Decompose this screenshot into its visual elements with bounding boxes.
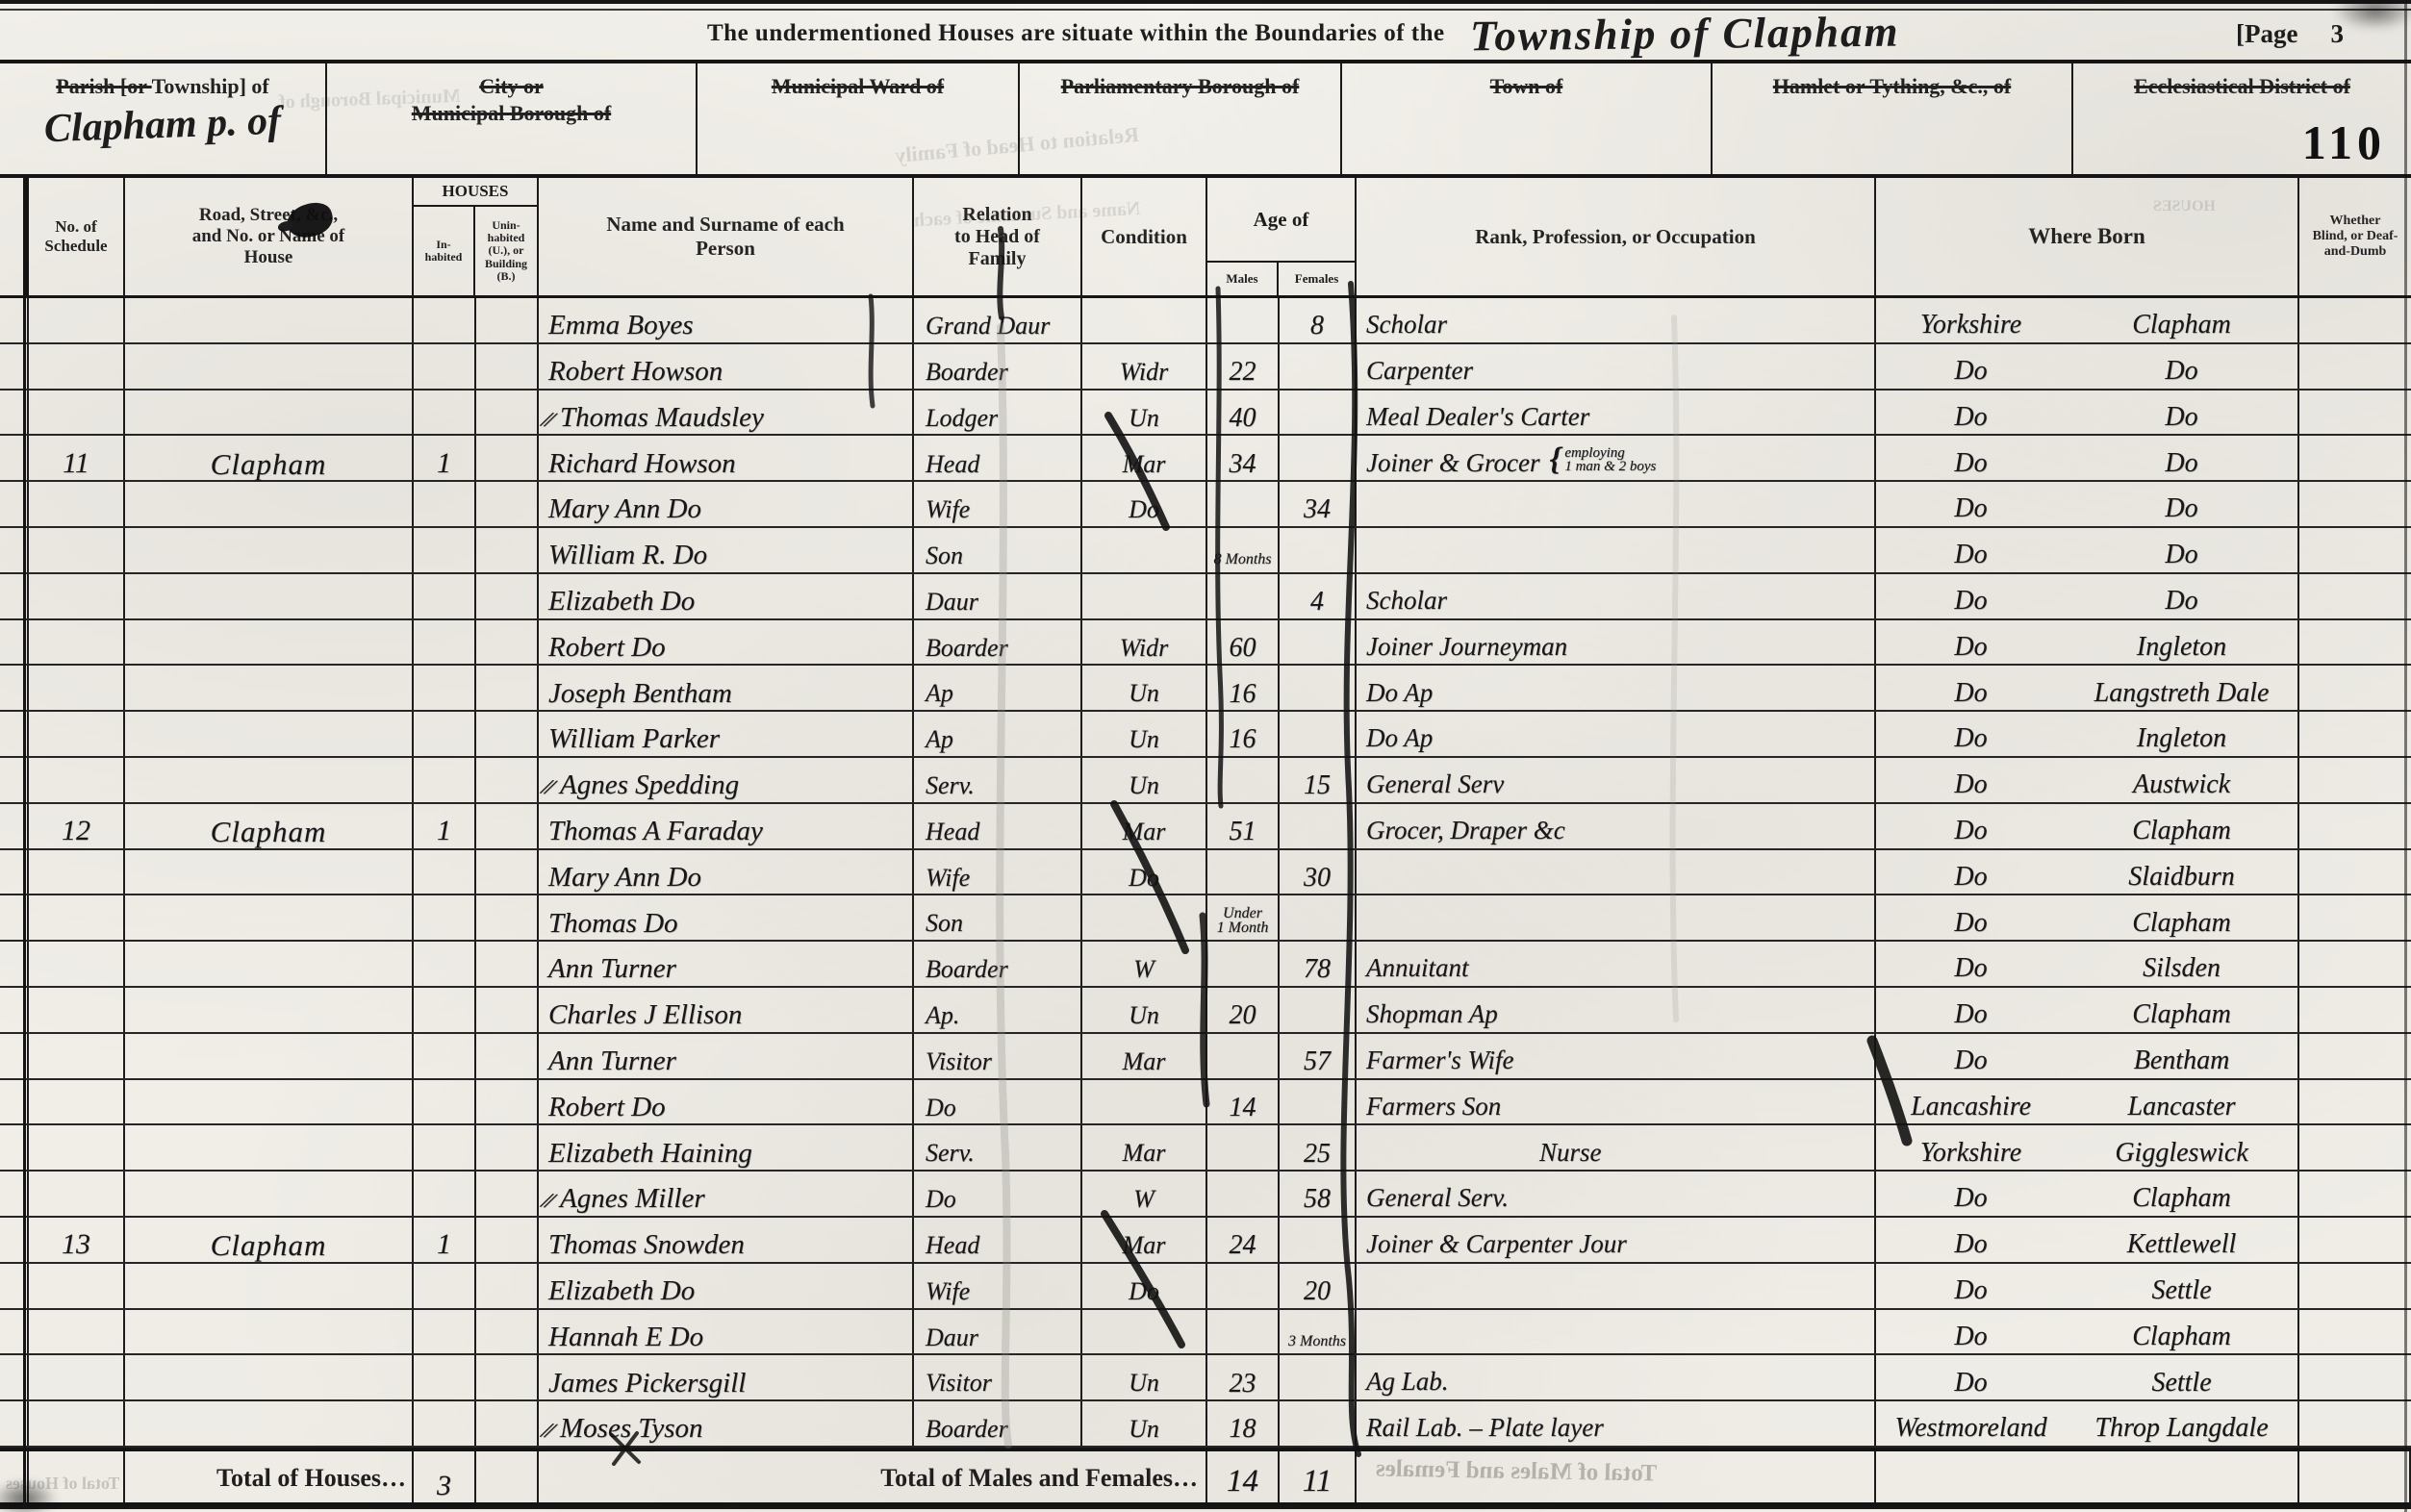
where-born-cell: DoClapham — [1876, 804, 2299, 848]
age-females-cell: 58 — [1280, 1172, 1357, 1216]
age-males-cell — [1207, 298, 1280, 342]
name-cell: ∕∕Thomas Maudsley — [539, 391, 914, 435]
census-row: Ann TurnerVisitorMar57Farmer's WifeDoBen… — [0, 1034, 2411, 1080]
blind-cell — [2299, 298, 2411, 342]
house-cell — [125, 1401, 414, 1446]
census-row: Robert HowsonBoarderWidr22CarpenterDoDo — [0, 344, 2411, 391]
blind-cell — [2299, 528, 2411, 572]
uninhabited-cell — [476, 1310, 539, 1354]
census-row: Elizabeth DoWifeDo20DoSettle — [0, 1264, 2411, 1310]
census-rows: Emma BoyesGrand Daur8ScholarYorkshireCla… — [0, 298, 2411, 1448]
census-row: William R. DoSon8 MonthsDoDo — [0, 528, 2411, 574]
schedule-cell — [29, 1080, 125, 1124]
relation-cell: Boarder — [914, 942, 1082, 986]
census-row: Elizabeth DoDaur4ScholarDoDo — [0, 574, 2411, 620]
district-label: City or — [327, 73, 696, 100]
inhabited-cell — [414, 1310, 476, 1354]
relation-cell: Serv. — [914, 758, 1082, 802]
piece-number-stamp: 110 — [2302, 114, 2386, 170]
age-females-cell: 25 — [1280, 1125, 1357, 1170]
schedule-cell: 12 — [29, 804, 125, 848]
uninhabited-cell — [476, 482, 539, 526]
blind-cell — [2299, 804, 2411, 848]
house-cell — [125, 1172, 414, 1216]
inhabited-cell — [414, 298, 476, 342]
district-label: Parliamentary Borough of — [1020, 73, 1340, 100]
census-row: Thomas DoSonUnder 1 MonthDoClapham — [0, 895, 2411, 942]
header-houses-group: HOUSES In- habited Unin- habited (U.), o… — [414, 178, 539, 295]
condition-cell: Un — [1082, 391, 1207, 435]
condition-cell: Mar — [1082, 1034, 1207, 1078]
age-males-cell: Under 1 Month — [1207, 895, 1280, 940]
occupation-note: employing 1 man & 2 boys — [1564, 446, 1656, 476]
name-cell: Elizabeth Haining — [539, 1125, 914, 1170]
name-cell: Richard Howson — [539, 436, 914, 480]
occupation-cell: Farmers Son — [1357, 1080, 1876, 1124]
where-born-cell: DoClapham — [1876, 988, 2299, 1032]
age-males-cell: 22 — [1207, 344, 1280, 389]
relation-cell: Grand Daur — [914, 298, 1082, 342]
schedule-cell — [29, 298, 125, 342]
census-row: ∕∕Thomas MaudsleyLodgerUn40Meal Dealer's… — [0, 391, 2411, 437]
age-males-cell: 24 — [1207, 1218, 1280, 1262]
condition-cell — [1082, 574, 1207, 618]
occupation-cell: Joiner & Grocer{employing 1 man & 2 boys — [1357, 436, 1876, 480]
condition-cell: Widr — [1082, 344, 1207, 389]
age-females-cell — [1280, 620, 1357, 665]
age-males-cell: 60 — [1207, 620, 1280, 665]
where-born-cell: DoDo — [1876, 436, 2299, 480]
age-males-cell: 23 — [1207, 1355, 1280, 1399]
occupation-cell: Meal Dealer's Carter — [1357, 391, 1876, 435]
census-row: ∕∕Agnes MillerDoW58General Serv.DoClapha… — [0, 1172, 2411, 1218]
blind-cell — [2299, 391, 2411, 435]
age-males-cell — [1207, 1034, 1280, 1078]
blind-cell — [2299, 482, 2411, 526]
inhabited-cell — [414, 574, 476, 618]
page-label-text: [Page — [2236, 19, 2297, 49]
age-females-cell — [1280, 1401, 1357, 1446]
name-cell: Robert Do — [539, 620, 914, 665]
header-where-born: Where Born — [1876, 178, 2299, 295]
uninhabited-cell — [476, 758, 539, 802]
inhabited-cell: 1 — [414, 804, 476, 848]
uninhabited-cell — [476, 1080, 539, 1124]
where-born-cell: DoDo — [1876, 391, 2299, 435]
where-born-cell: DoDo — [1876, 528, 2299, 572]
age-females-cell: 4 — [1280, 574, 1357, 618]
inhabited-cell — [414, 895, 476, 940]
house-cell: Clapham — [125, 1218, 414, 1262]
age-males-cell: 40 — [1207, 391, 1280, 435]
blind-cell — [2299, 1264, 2411, 1308]
house-cell — [125, 666, 414, 710]
total-houses-label: Total of Houses… — [125, 1451, 414, 1502]
blind-cell — [2299, 1034, 2411, 1078]
schedule-cell — [29, 574, 125, 618]
where-born-cell: DoKettlewell — [1876, 1218, 2299, 1262]
age-females-cell: 20 — [1280, 1264, 1357, 1308]
name-cell: ∕∕Moses Tyson — [539, 1401, 914, 1446]
name-cell: William Parker — [539, 712, 914, 756]
schedule-cell — [29, 942, 125, 986]
where-born-cell: WestmorelandThrop Langdale — [1876, 1401, 2299, 1446]
name-cell: Charles J Ellison — [539, 988, 914, 1032]
house-cell — [125, 1310, 414, 1354]
schedule-cell — [29, 712, 125, 756]
house-cell — [125, 988, 414, 1032]
where-born-cell: DoSilsden — [1876, 942, 2299, 986]
inhabited-cell — [414, 1264, 476, 1308]
relation-cell: Wife — [914, 850, 1082, 895]
where-born-cell: DoIngleton — [1876, 620, 2299, 665]
occupation-cell: Joiner Journeyman — [1357, 620, 1876, 665]
blind-cell — [2299, 758, 2411, 802]
age-males-cell — [1207, 942, 1280, 986]
condition-cell: Do — [1082, 482, 1207, 526]
schedule-cell — [29, 758, 125, 802]
census-row: 13Clapham1Thomas SnowdenHeadMar24Joiner … — [0, 1218, 2411, 1264]
relation-cell: Boarder — [914, 344, 1082, 389]
bottom-rule — [0, 1506, 2411, 1509]
age-males-cell: 51 — [1207, 804, 1280, 848]
condition-cell: W — [1082, 942, 1207, 986]
age-females-cell — [1280, 1080, 1357, 1124]
where-born-cell: DoClapham — [1876, 1310, 2299, 1354]
occupation-cell — [1357, 528, 1876, 572]
inhabited-cell — [414, 1125, 476, 1170]
condition-cell: Un — [1082, 1355, 1207, 1399]
condition-cell: Un — [1082, 666, 1207, 710]
blind-cell — [2299, 666, 2411, 710]
district-cell-0: Parish [or Township] ofClapham p. of — [0, 63, 327, 174]
uninhabited-cell — [476, 804, 539, 848]
blind-cell — [2299, 574, 2411, 618]
totals-uninhabited-cell — [476, 1451, 539, 1502]
right-edge-rule — [2404, 0, 2407, 1512]
census-row: Elizabeth HainingServ.Mar25NurseYorkshir… — [0, 1125, 2411, 1172]
blind-cell — [2299, 1218, 2411, 1262]
relation-cell: Head — [914, 804, 1082, 848]
age-males-cell — [1207, 1125, 1280, 1170]
header-road-street: Road, Street, &c., and No. or Name of Ho… — [125, 178, 414, 295]
age-females-cell — [1280, 436, 1357, 480]
where-born-cell: DoClapham — [1876, 1172, 2299, 1216]
condition-cell — [1082, 298, 1207, 342]
where-born-cell: DoClapham — [1876, 895, 2299, 940]
inhabited-cell — [414, 1172, 476, 1216]
condition-cell — [1082, 1080, 1207, 1124]
where-born-cell: DoSettle — [1876, 1355, 2299, 1399]
census-row: James PickersgillVisitorUn23Ag Lab.DoSet… — [0, 1355, 2411, 1401]
uninhabited-cell — [476, 712, 539, 756]
uninhabited-cell — [476, 850, 539, 895]
uninhabited-cell — [476, 436, 539, 480]
house-cell — [125, 1355, 414, 1399]
where-born-cell: DoAustwick — [1876, 758, 2299, 802]
condition-cell: Do — [1082, 1264, 1207, 1308]
age-males-cell — [1207, 1264, 1280, 1308]
district-header-band: Parish [or Township] ofClapham p. ofCity… — [0, 60, 2411, 178]
header-blind-deaf: Whether Blind, or Deaf- and-Dumb — [2299, 178, 2411, 295]
schedule-cell — [29, 1310, 125, 1354]
name-cell: James Pickersgill — [539, 1355, 914, 1399]
schedule-cell — [29, 1125, 125, 1170]
occupation-cell: Do Ap — [1357, 712, 1876, 756]
house-cell — [125, 1264, 414, 1308]
census-row: 11Clapham1Richard HowsonHeadMar34Joiner … — [0, 436, 2411, 482]
condition-cell: Un — [1082, 988, 1207, 1032]
inhabited-cell: 1 — [414, 1218, 476, 1262]
age-females-cell: 8 — [1280, 298, 1357, 342]
age-males-cell — [1207, 1310, 1280, 1354]
house-cell — [125, 574, 414, 618]
where-born-cell: DoBentham — [1876, 1034, 2299, 1078]
header-males: Males — [1207, 263, 1279, 295]
age-females-cell — [1280, 391, 1357, 435]
inhabited-cell — [414, 850, 476, 895]
totals-born-cell — [1876, 1451, 2299, 1502]
inhabited-cell — [414, 482, 476, 526]
occupation-cell: Shopman Ap — [1357, 988, 1876, 1032]
schedule-cell — [29, 895, 125, 940]
totals-blind-cell — [2299, 1451, 2411, 1502]
schedule-cell — [29, 850, 125, 895]
condition-cell: Mar — [1082, 804, 1207, 848]
relation-cell: Do — [914, 1080, 1082, 1124]
house-cell — [125, 1034, 414, 1078]
uninhabited-cell — [476, 1401, 539, 1446]
uninhabited-cell — [476, 528, 539, 572]
blind-cell — [2299, 988, 2411, 1032]
occupation-cell — [1357, 850, 1876, 895]
district-cell-2: Municipal Ward of — [698, 63, 1020, 174]
blind-cell — [2299, 1125, 2411, 1170]
occupation-cell: Annuitant — [1357, 942, 1876, 986]
age-females-cell — [1280, 666, 1357, 710]
age-females-cell — [1280, 344, 1357, 389]
name-cell: Robert Howson — [539, 344, 914, 389]
age-females-cell: 57 — [1280, 1034, 1357, 1078]
census-row: Robert DoBoarderWidr60Joiner JourneymanD… — [0, 620, 2411, 667]
occupation-cell: Do Ap — [1357, 666, 1876, 710]
blind-cell — [2299, 1080, 2411, 1124]
where-born-cell: YorkshireClapham — [1876, 298, 2299, 342]
where-born-cell: YorkshireGiggleswick — [1876, 1125, 2299, 1170]
occupation-cell: Farmer's Wife — [1357, 1034, 1876, 1078]
uninhabited-cell — [476, 1264, 539, 1308]
census-row: Robert DoDo14Farmers SonLancashireLancas… — [0, 1080, 2411, 1126]
name-cell: William R. Do — [539, 528, 914, 572]
header-age-group: Age of Males Females — [1207, 178, 1357, 295]
age-males-cell: 34 — [1207, 436, 1280, 480]
where-born-cell: DoDo — [1876, 344, 2299, 389]
schedule-cell — [29, 1355, 125, 1399]
enumeration-tick: ∕∕ — [543, 1191, 554, 1214]
census-row: Charles J EllisonAp.Un20Shopman ApDoClap… — [0, 988, 2411, 1034]
blind-cell — [2299, 1401, 2411, 1446]
name-cell: Emma Boyes — [539, 298, 914, 342]
condition-cell — [1082, 528, 1207, 572]
uninhabited-cell — [476, 620, 539, 665]
header-rank-profession: Rank, Profession, or Occupation — [1357, 178, 1876, 295]
total-houses-value: 3 — [414, 1451, 476, 1502]
age-males-cell — [1207, 482, 1280, 526]
blind-cell — [2299, 1172, 2411, 1216]
inhabited-cell — [414, 712, 476, 756]
relation-cell: Ap — [914, 666, 1082, 710]
enumeration-tick: ∕∕ — [543, 409, 554, 432]
relation-cell: Do — [914, 1172, 1082, 1216]
age-females-cell: 78 — [1280, 942, 1357, 986]
name-cell: Elizabeth Do — [539, 574, 914, 618]
occupation-cell: General Serv. — [1357, 1172, 1876, 1216]
relation-cell: Daur — [914, 574, 1082, 618]
inhabited-cell — [414, 1401, 476, 1446]
uninhabited-cell — [476, 1218, 539, 1262]
age-males-cell: 16 — [1207, 712, 1280, 756]
relation-cell: Boarder — [914, 1401, 1082, 1446]
relation-cell: Daur — [914, 1310, 1082, 1354]
condition-cell: Un — [1082, 758, 1207, 802]
uninhabited-cell — [476, 298, 539, 342]
schedule-cell — [29, 1034, 125, 1078]
schedule-cell — [29, 620, 125, 665]
condition-cell — [1082, 1310, 1207, 1354]
blind-cell — [2299, 895, 2411, 940]
header-houses: HOUSES — [414, 178, 537, 207]
relation-cell: Wife — [914, 1264, 1082, 1308]
age-males-cell: 14 — [1207, 1080, 1280, 1124]
age-males-cell: 20 — [1207, 988, 1280, 1032]
schedule-cell — [29, 1401, 125, 1446]
total-males-females-label: Total of Males and Females… — [539, 1451, 1207, 1502]
uninhabited-cell — [476, 1355, 539, 1399]
left-edge-rule — [23, 178, 26, 1509]
age-females-cell — [1280, 804, 1357, 848]
relation-cell: Ap. — [914, 988, 1082, 1032]
page-number: 3 — [2331, 19, 2345, 49]
condition-cell: Mar — [1082, 1125, 1207, 1170]
house-cell: Clapham — [125, 804, 414, 848]
age-males-cell — [1207, 758, 1280, 802]
schedule-cell — [29, 344, 125, 389]
header-relation: Relation to Head of Family — [914, 178, 1082, 295]
district-cell-5: Hamlet or Tything, &c., of — [1713, 63, 2073, 174]
house-cell — [125, 895, 414, 940]
where-born-cell: DoSettle — [1876, 1264, 2299, 1308]
occupation-cell — [1357, 1264, 1876, 1308]
name-cell: Robert Do — [539, 1080, 914, 1124]
name-cell: Ann Turner — [539, 942, 914, 986]
schedule-cell — [29, 391, 125, 435]
inhabited-cell — [414, 988, 476, 1032]
occupation-cell — [1357, 895, 1876, 940]
where-born-cell: DoDo — [1876, 574, 2299, 618]
total-females-value: 11 — [1280, 1451, 1357, 1502]
schedule-cell — [29, 482, 125, 526]
inhabited-cell — [414, 1034, 476, 1078]
census-row: Hannah E DoDaur3 MonthsDoClapham — [0, 1310, 2411, 1356]
relation-cell: Head — [914, 1218, 1082, 1262]
inhabited-cell — [414, 666, 476, 710]
name-cell: Thomas A Faraday — [539, 804, 914, 848]
occupation-cell: Carpenter — [1357, 344, 1876, 389]
where-born-cell: DoSlaidburn — [1876, 850, 2299, 895]
age-females-cell: 30 — [1280, 850, 1357, 895]
condition-cell: Widr — [1082, 620, 1207, 665]
totals-rank-cell — [1357, 1451, 1876, 1502]
census-row: ∕∕Moses TysonBoarderUn18Rail Lab. – Plat… — [0, 1401, 2411, 1448]
schedule-cell: 11 — [29, 436, 125, 480]
census-row: Mary Ann DoWifeDo30DoSlaidburn — [0, 850, 2411, 896]
occupation-cell: Ag Lab. — [1357, 1355, 1876, 1399]
name-cell: ∕∕Agnes Miller — [539, 1172, 914, 1216]
house-cell — [125, 712, 414, 756]
census-row: Joseph BenthamApUn16Do ApDoLangstreth Da… — [0, 666, 2411, 712]
name-cell: Hannah E Do — [539, 1310, 914, 1354]
totals-schedule-cell — [29, 1451, 125, 1502]
condition-cell: Mar — [1082, 1218, 1207, 1262]
uninhabited-cell — [476, 666, 539, 710]
occupation-cell — [1357, 482, 1876, 526]
inhabited-cell — [414, 528, 476, 572]
relation-cell: Boarder — [914, 620, 1082, 665]
inhabited-cell — [414, 942, 476, 986]
age-males-cell — [1207, 850, 1280, 895]
totals-row: Total of Houses… 3 Total of Males and Fe… — [0, 1448, 2411, 1506]
header-inhabited: In- habited — [414, 207, 475, 295]
blind-cell — [2299, 1355, 2411, 1399]
relation-cell: Head — [914, 436, 1082, 480]
header-uninhabited: Unin- habited (U.), or Building (B.) — [475, 207, 537, 295]
enumeration-tick: ∕∕ — [543, 1421, 554, 1444]
occupation-cell: Joiner & Carpenter Jour — [1357, 1218, 1876, 1262]
inhabited-cell: 1 — [414, 436, 476, 480]
where-born-cell: LancashireLancaster — [1876, 1080, 2299, 1124]
house-cell — [125, 1080, 414, 1124]
relation-cell: Son — [914, 528, 1082, 572]
header-females: Females — [1279, 263, 1355, 295]
relation-cell: Serv. — [914, 1125, 1082, 1170]
condition-cell: W — [1082, 1172, 1207, 1216]
occupation-cell: Rail Lab. – Plate layer — [1357, 1401, 1876, 1446]
house-cell — [125, 942, 414, 986]
age-males-cell: 16 — [1207, 666, 1280, 710]
house-cell: Clapham — [125, 436, 414, 480]
enumeration-tick: ∕∕ — [543, 776, 554, 799]
page-label: [Page 3 — [2236, 19, 2344, 49]
uninhabited-cell — [476, 574, 539, 618]
relation-cell: Visitor — [914, 1034, 1082, 1078]
schedule-cell — [29, 1264, 125, 1308]
name-cell: Thomas Do — [539, 895, 914, 940]
inhabited-cell — [414, 758, 476, 802]
age-males-cell — [1207, 1172, 1280, 1216]
census-row: Mary Ann DoWifeDo34DoDo — [0, 482, 2411, 528]
district-cell-4: Town of — [1342, 63, 1713, 174]
blind-cell — [2299, 712, 2411, 756]
name-cell: Mary Ann Do — [539, 850, 914, 895]
inhabited-cell — [414, 344, 476, 389]
header-schedule: No. of Schedule — [29, 178, 125, 295]
house-cell — [125, 298, 414, 342]
total-males-value: 14 — [1207, 1451, 1280, 1502]
district-cell-6: Ecclesiastical District of110 — [2073, 63, 2411, 174]
house-cell — [125, 1125, 414, 1170]
district-cell-3: Parliamentary Borough of — [1020, 63, 1342, 174]
name-cell: ∕∕Agnes Spedding — [539, 758, 914, 802]
